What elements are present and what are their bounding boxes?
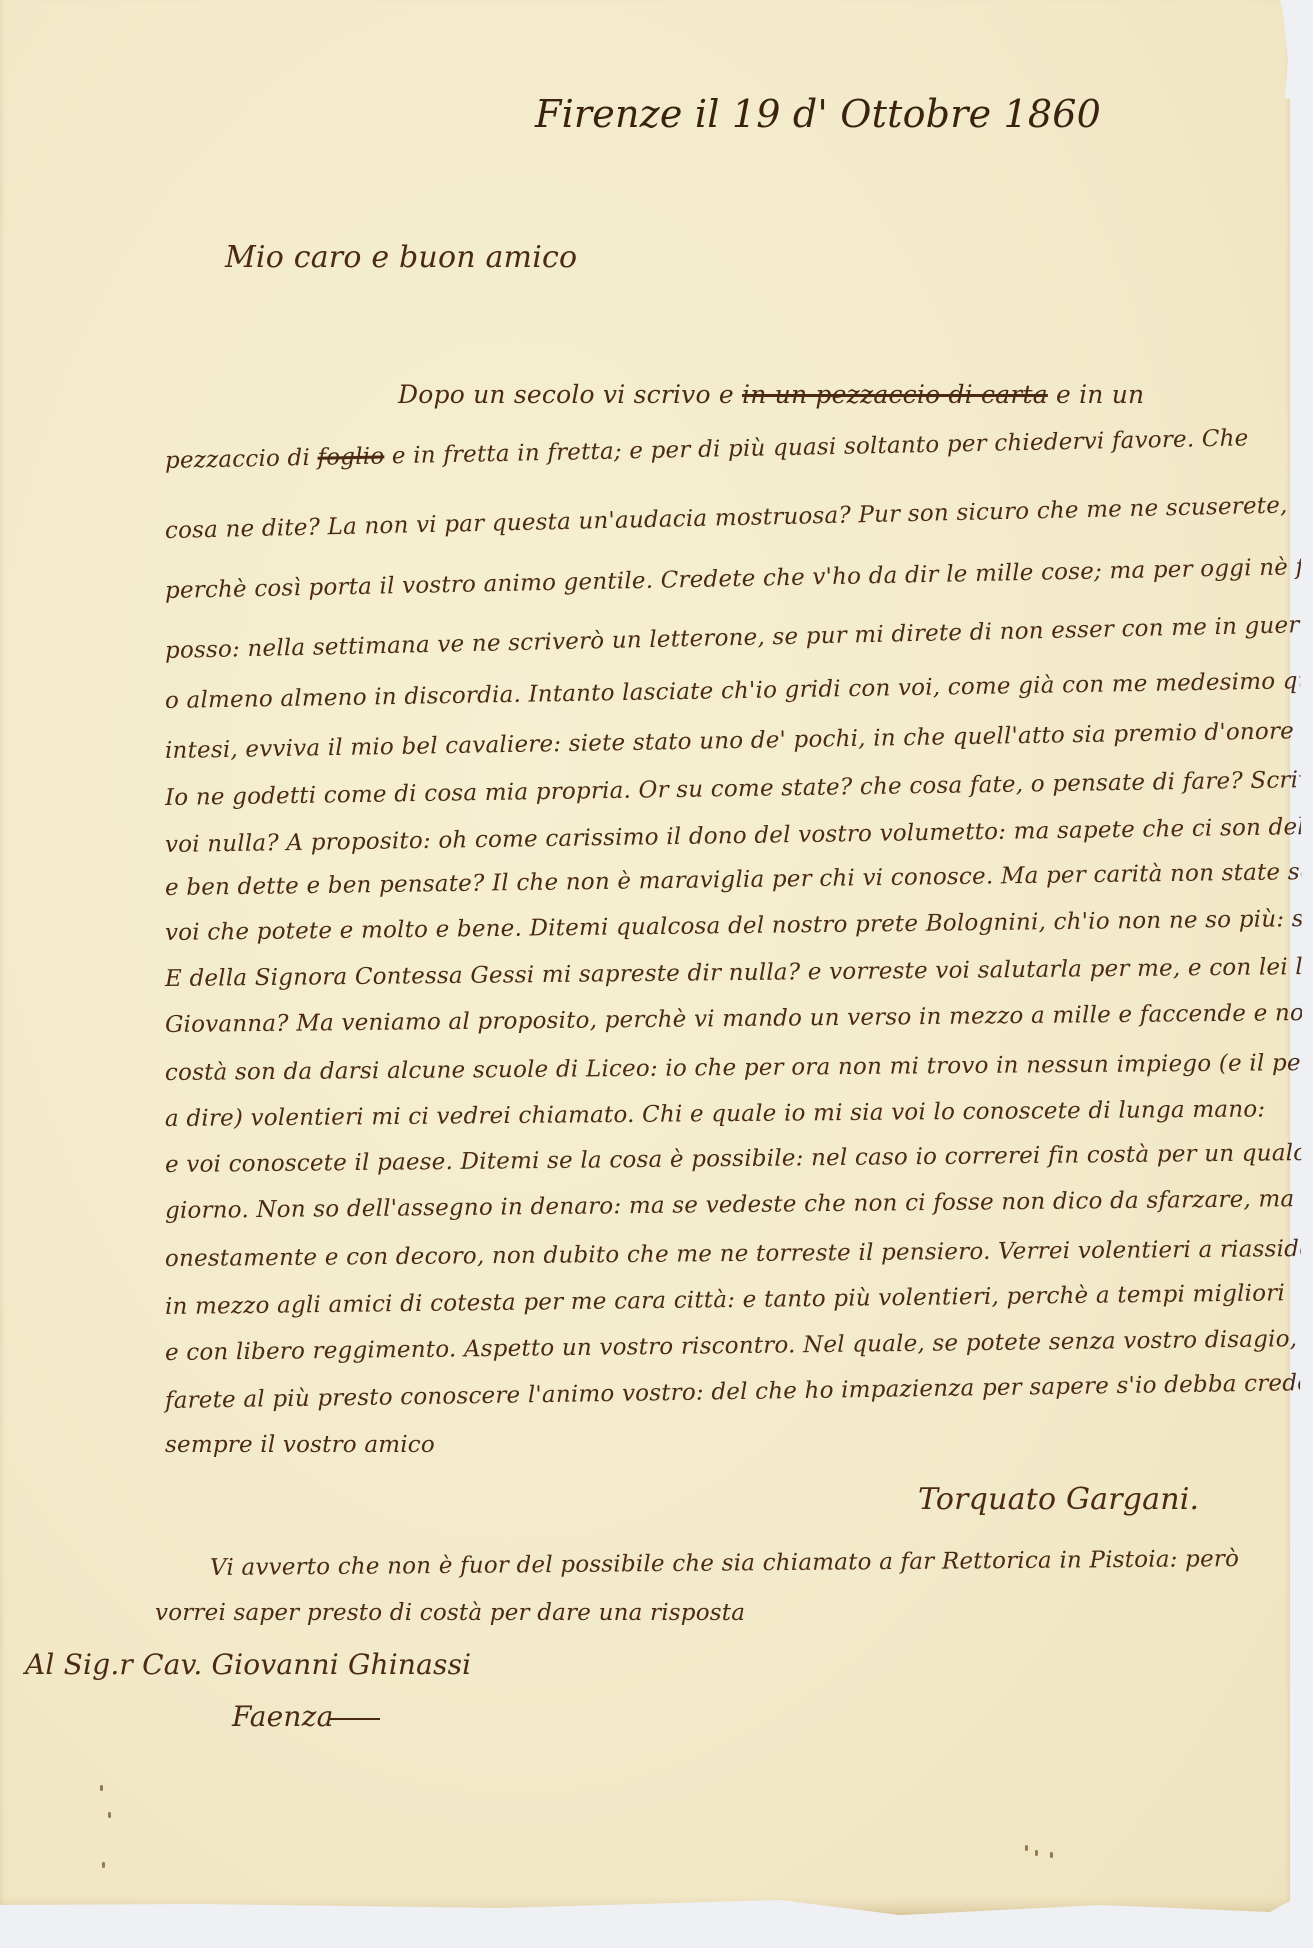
body-line: farete al più presto conoscere l'animo v… <box>165 1369 1313 1414</box>
postscript-line: vorrei saper presto di costà per dare un… <box>155 1600 745 1626</box>
body-line: voi che potete e molto e bene. Ditemi qu… <box>165 903 1313 946</box>
body-line: cosa ne dite? La non vi par questa un'au… <box>165 493 1288 544</box>
body-line: intesi, evviva il mio bel cavaliere: sie… <box>165 716 1313 764</box>
body-line: E della Signora Contessa Gessi mi sapres… <box>165 952 1313 992</box>
body-line: costà son da darsi alcune scuole di Lice… <box>165 1049 1313 1086</box>
body-line: Giovanna? Ma veniamo al proposito, perch… <box>165 998 1313 1038</box>
address-city: Faenza <box>232 1700 333 1733</box>
letter-page: Firenze il 19 d' Ottobre 1860 Mio caro e… <box>0 0 1290 1918</box>
body-line: e ben dette e ben pensate? Il che non è … <box>165 858 1313 901</box>
body-line: a dire) volentieri mi ci vedrei chiamato… <box>165 1096 1266 1132</box>
body-line: giorno. Non so dell'assegno in denaro: m… <box>165 1185 1313 1224</box>
body-line: sempre il vostro amico <box>165 1432 435 1458</box>
body-line: o almeno almeno in discordia. Intanto la… <box>165 666 1313 714</box>
body-text: e in un <box>1048 380 1145 409</box>
address-recipient: Al Sig.r Cav. Giovanni Ghinassi <box>25 1648 471 1681</box>
paper-speck <box>100 1785 103 1791</box>
paper-speck <box>102 1862 105 1868</box>
body-line: perchè così porta il vostro animo gentil… <box>165 553 1313 604</box>
paper-speck <box>1025 1845 1028 1851</box>
body-line: in mezzo agli amici di cotesta per me ca… <box>165 1280 1285 1320</box>
body-text: pezzaccio di <box>165 445 318 474</box>
body-text: Dopo un secolo vi scrivo e <box>398 380 742 409</box>
dateline: Firenze il 19 d' Ottobre 1860 <box>535 92 1101 136</box>
body-line: posso: nella settimana ve ne scriverò un… <box>165 612 1313 664</box>
paper-speck <box>1035 1850 1038 1856</box>
paper-speck <box>1050 1852 1053 1858</box>
salutation: Mio caro e buon amico <box>225 240 577 275</box>
signature: Torquato Gargani. <box>918 1482 1199 1517</box>
body-line: pezzaccio di foglio e in fretta in frett… <box>165 425 1249 474</box>
body-line: Dopo un secolo vi scrivo e in un pezzacc… <box>398 380 1144 409</box>
body-line: e voi conoscete il paese. Ditemi se la c… <box>165 1140 1313 1178</box>
postscript-line: Vi avverto che non è fuor del possibile … <box>210 1546 1239 1581</box>
body-line: voi nulla? A proposito: oh come carissim… <box>165 812 1313 858</box>
body-line: e con libero reggimento. Aspetto un vost… <box>165 1326 1313 1366</box>
body-line: Io ne godetti come di cosa mia propria. … <box>165 766 1313 811</box>
body-line: onestamente e con decoro, non dubito che… <box>165 1236 1313 1272</box>
address-underline <box>330 1718 380 1720</box>
struck-text: foglio <box>317 443 384 470</box>
body-text: e in fretta in fretta; e per di più quas… <box>384 425 1249 469</box>
struck-text: in un pezzaccio di carta <box>742 380 1048 409</box>
paper-speck <box>108 1812 111 1818</box>
